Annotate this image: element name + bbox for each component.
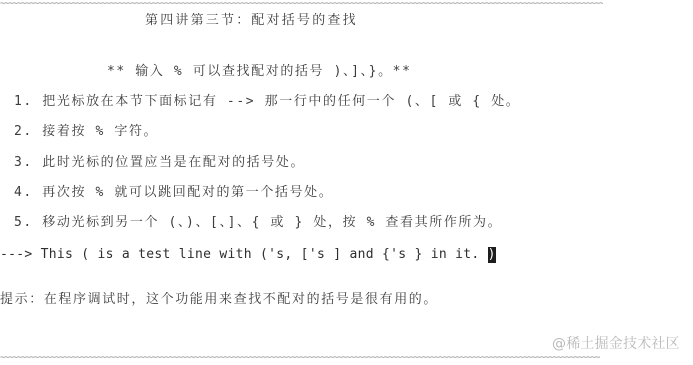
- step-5: 5. 移动光标到另一个 (、)、[、]、{ 或 } 处，按 % 查看其所作所为。: [14, 215, 502, 231]
- test-line[interactable]: ---> This ( is a test line with ('s, ['s…: [0, 247, 496, 263]
- lesson-subtitle: ** 输入 % 可以查找配对的括号 )、]、}。**: [107, 64, 412, 80]
- hint-text: 提示：在程序调试时，这个功能用来查找不配对的括号是很有用的。: [0, 292, 438, 308]
- step-1: 1. 把光标放在本节下面标记有 --> 那一行中的任何一个 (、[ 或 { 处。: [14, 94, 520, 110]
- top-separator: ~~~~~~~~~~~~~~~~~~~~~~~~~~~~~~~~~~~~~~~~…: [0, 0, 603, 8]
- text-cursor: ): [488, 247, 496, 263]
- lesson-title: 第四讲第三节：配对括号的查找: [145, 13, 358, 29]
- bottom-separator: ~~~~~~~~~~~~~~~~~~~~~~~~~~~~~~~~~~~~~~~~…: [0, 354, 600, 362]
- watermark: @稀土掘金技术社区: [552, 333, 680, 353]
- step-3: 3. 此时光标的位置应当是在配对的括号处。: [14, 155, 305, 171]
- test-line-text[interactable]: ---> This ( is a test line with ('s, ['s…: [0, 247, 488, 262]
- step-2: 2. 接着按 % 字符。: [14, 124, 158, 140]
- step-4: 4. 再次按 % 就可以跳回配对的第一个括号处。: [14, 185, 333, 201]
